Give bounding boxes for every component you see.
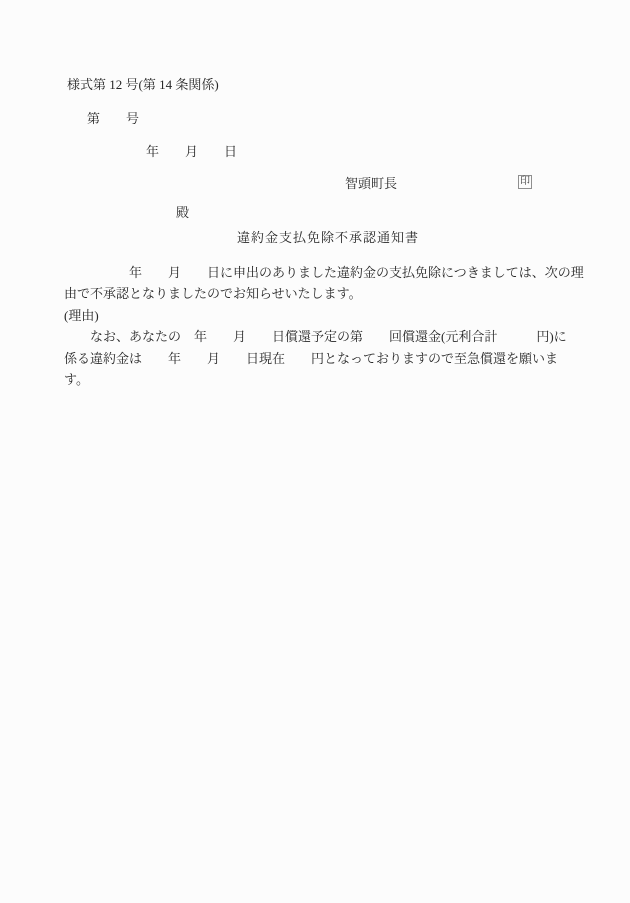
repayment-paragraph: なお、あなたの 年 月 日償還予定の第 回償還金(元利合計 円)に 係る違約金は… [64, 326, 624, 390]
addressee-mayor-title: 智頭町長 [345, 177, 397, 192]
notice-paragraph: 年 月 日に申出のありました違約金の支払免除につきましては、次の理 由で不承認と… [64, 262, 624, 305]
seal-placeholder-box: 印 [518, 175, 532, 189]
seal-mark: 印 [519, 176, 531, 188]
document-title: 違約金支払免除不承認通知書 [237, 231, 419, 246]
addressee-honorific: 殿 [176, 206, 189, 221]
reason-label: (理由) [64, 305, 624, 326]
document-page: 様式第 12 号(第 14 条関係) 第 号 年 月 日 智頭町長 印 殿 違約… [0, 0, 630, 903]
form-number-note: 様式第 12 号(第 14 条関係) [67, 78, 219, 93]
document-body: 年 月 日に申出のありました違約金の支払免除につきましては、次の理 由で不承認と… [64, 262, 624, 390]
date-blank-line: 年 月 日 [146, 145, 237, 160]
document-number-line: 第 号 [87, 112, 139, 127]
